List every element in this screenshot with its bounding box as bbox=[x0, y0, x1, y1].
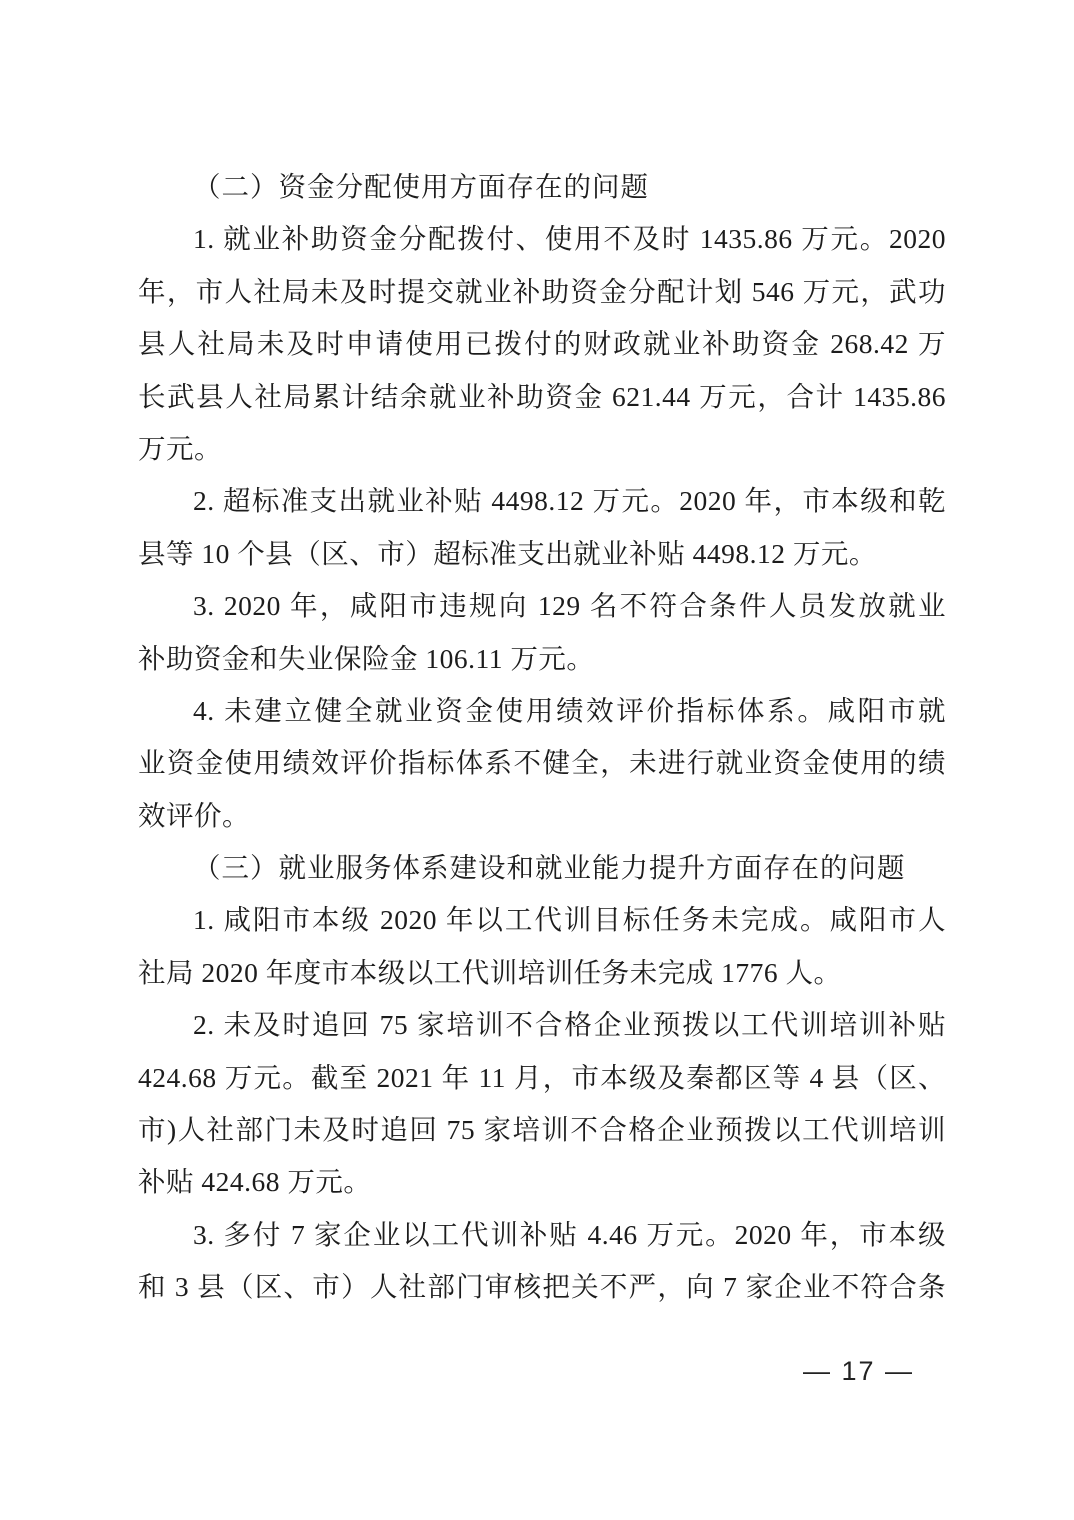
text-line: 4. 未建立健全就业资金使用绩效评价指标体系。咸阳市就 bbox=[138, 685, 946, 737]
document-page: （二）资金分配使用方面存在的问题 1. 就业补助资金分配拨付、使用不及时 143… bbox=[0, 0, 1074, 1520]
text-line: 县人社局未及时申请使用已拨付的财政就业补助资金 268.42 万元， bbox=[138, 318, 946, 370]
text-line: 长武县人社局累计结余就业补助资金 621.44 万元，合计 1435.86 bbox=[138, 371, 946, 423]
text-line: 和 3 县（区、市）人社部门审核把关不严，向 7 家企业不符合条 bbox=[138, 1261, 946, 1313]
text-line: 社局 2020 年度市本级以工代训培训任务未完成 1776 人。 bbox=[138, 947, 946, 999]
text-line: 2. 超标准支出就业补贴 4498.12 万元。2020 年，市本级和乾 bbox=[138, 475, 946, 527]
text-line: 万元。 bbox=[138, 423, 946, 475]
text-line: 市)人社部门未及时追回 75 家培训不合格企业预拨以工代训培训 bbox=[138, 1104, 946, 1156]
text-line: 424.68 万元。截至 2021 年 11 月，市本级及秦都区等 4 县（区、 bbox=[138, 1052, 946, 1104]
page-number: — 17 — bbox=[803, 1356, 914, 1387]
text-line: 县等 10 个县（区、市）超标准支出就业补贴 4498.12 万元。 bbox=[138, 528, 946, 580]
text-line: 3. 2020 年，咸阳市违规向 129 名不符合条件人员发放就业 bbox=[138, 580, 946, 632]
text-line: 3. 多付 7 家企业以工代训补贴 4.46 万元。2020 年，市本级 bbox=[138, 1209, 946, 1261]
text-line: 1. 就业补助资金分配拨付、使用不及时 1435.86 万元。2020 bbox=[138, 213, 946, 265]
text-line: 年，市人社局未及时提交就业补助资金分配计划 546 万元，武功 bbox=[138, 266, 946, 318]
text-line: 业资金使用绩效评价指标体系不健全，未进行就业资金使用的绩 bbox=[138, 737, 946, 789]
section-heading-2: （二）资金分配使用方面存在的问题 bbox=[138, 161, 946, 213]
text-line: 1. 咸阳市本级 2020 年以工代训目标任务未完成。咸阳市人 bbox=[138, 894, 946, 946]
text-line: 2. 未及时追回 75 家培训不合格企业预拨以工代训培训补贴 bbox=[138, 999, 946, 1051]
text-line: 补助资金和失业保险金 106.11 万元。 bbox=[138, 633, 946, 685]
document-body: （二）资金分配使用方面存在的问题 1. 就业补助资金分配拨付、使用不及时 143… bbox=[138, 161, 946, 1314]
text-line: 效评价。 bbox=[138, 790, 946, 842]
text-line: 补贴 424.68 万元。 bbox=[138, 1156, 946, 1208]
section-heading-3: （三）就业服务体系建设和就业能力提升方面存在的问题 bbox=[138, 842, 946, 894]
